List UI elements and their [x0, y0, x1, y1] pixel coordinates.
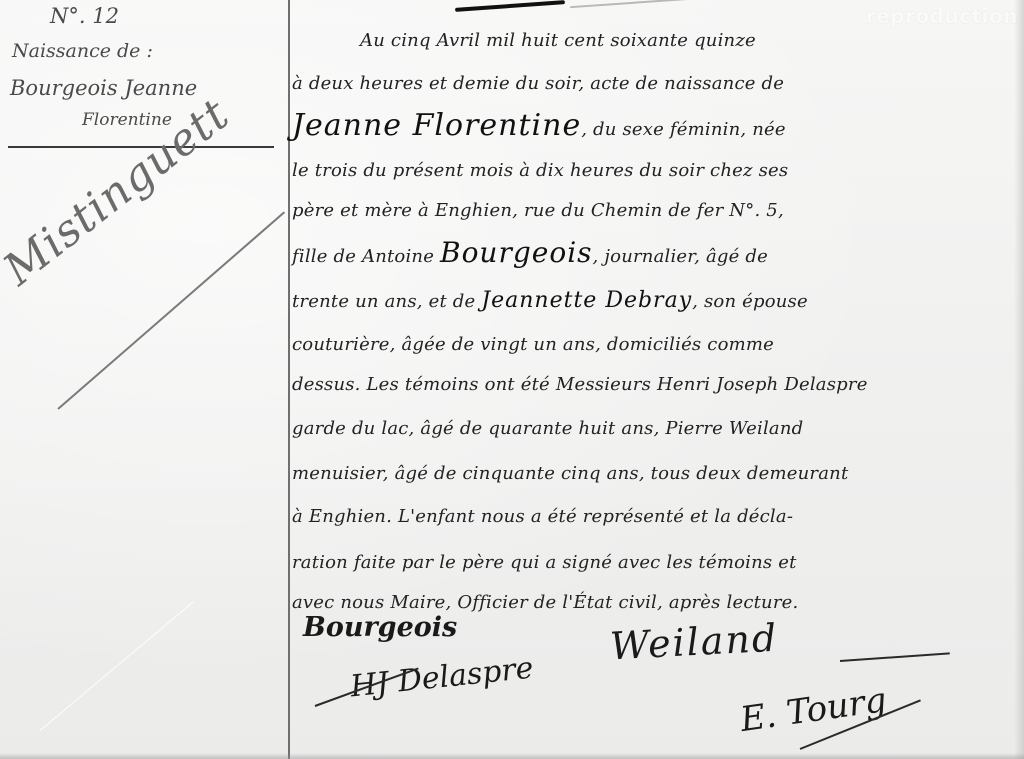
- signature-father: Bourgeois: [303, 612, 457, 643]
- body-line-8: couturière, âgée de vingt un ans, domici…: [292, 334, 774, 355]
- record-number: N°. 12: [50, 4, 119, 28]
- birth-record-page: reproduction N°. 12 Naissance de : Bourg…: [0, 0, 1024, 759]
- record-type-label: Naissance de :: [12, 40, 153, 62]
- body-line-6: fille de Antoine Bourgeois, journalier, …: [292, 236, 768, 269]
- body-line-6-post: , journalier, âgé de: [593, 246, 768, 267]
- body-line-11: menuisier, âgé de cinquante cinq ans, to…: [292, 463, 848, 484]
- body-line-5: père et mère à Enghien, rue du Chemin de…: [292, 200, 784, 221]
- body-line-7: trente un ans, et de Jeannette Debray, s…: [292, 288, 808, 313]
- body-line-13: ration faite par le père qui a signé ave…: [292, 552, 797, 573]
- mother-name: Jeannette Debray: [481, 288, 692, 313]
- body-line-4: le trois du présent mois à dix heures du…: [292, 160, 788, 181]
- body-line-14: avec nous Maire, Officier de l'État civi…: [292, 592, 798, 613]
- body-line-3: Jeanne Florentine, du sexe féminin, née: [292, 108, 786, 143]
- margin-column: N°. 12 Naissance de : Bourgeois Jeanne F…: [0, 0, 290, 759]
- body-line-3-rest: , du sexe féminin, née: [581, 119, 786, 140]
- scan-edge-shadow: [1014, 0, 1024, 759]
- body-line-10: garde du lac, âgé de quarante huit ans, …: [292, 418, 803, 439]
- scan-edge-shadow: [0, 753, 1024, 759]
- column-rule: [288, 0, 290, 759]
- body-line-1: Au cinq Avril mil huit cent soixante qui…: [360, 30, 756, 51]
- body-line-2: à deux heures et demie du soir, acte de …: [292, 73, 784, 94]
- father-surname: Bourgeois: [440, 236, 593, 269]
- body-line-6-pre: fille de Antoine: [292, 246, 440, 267]
- body-line-7-pre: trente un ans, et de: [292, 291, 481, 312]
- body-line-12: à Enghien. L'enfant nous a été représent…: [292, 506, 793, 527]
- child-given-names: Jeanne Florentine: [292, 108, 581, 143]
- body-line-7-post: , son épouse: [692, 291, 808, 312]
- scan-artifact-line: [40, 602, 194, 731]
- body-line-9: dessus. Les témoins ont été Messieurs He…: [292, 374, 868, 395]
- margin-name-line1: Bourgeois Jeanne: [10, 76, 197, 100]
- signature-witness-2: Weiland: [609, 616, 779, 669]
